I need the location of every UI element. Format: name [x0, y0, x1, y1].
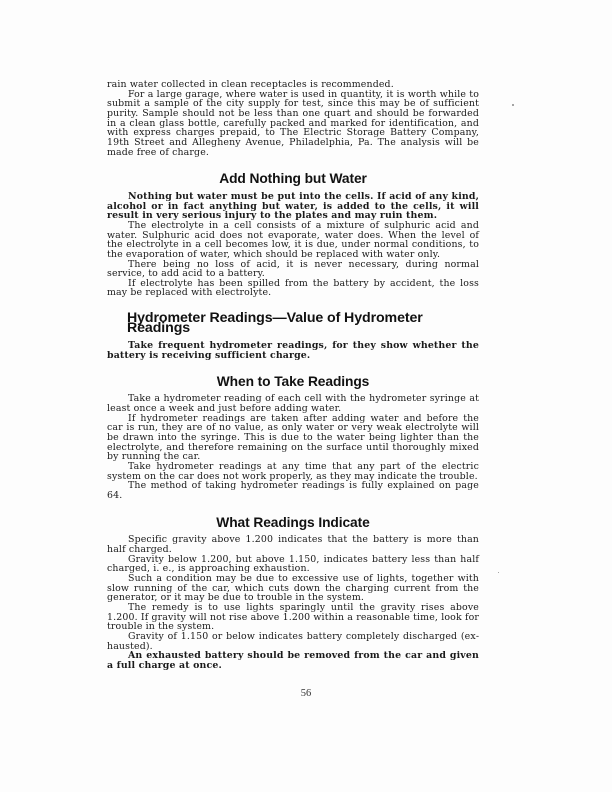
emphasis-paragraph: An exhausted battery should be removed f…: [107, 651, 479, 670]
paragraph: The remedy is to use lights sparingly un…: [107, 603, 479, 632]
document-page: rain water collected in clean receptacle…: [107, 80, 479, 670]
section-heading-what-readings-indicate: What Readings Indicate: [107, 518, 479, 528]
paragraph: Such a condition may be due to excessive…: [107, 574, 479, 603]
paragraph: The method of taking hydrometer readings…: [107, 481, 479, 500]
section-heading-add-nothing-but-water: Add Nothing but Water: [107, 174, 479, 184]
paragraph: For a large garage, where water is used …: [107, 90, 479, 158]
paragraph: Take hydrometer readings at any time tha…: [107, 462, 479, 481]
page-number: 56: [0, 688, 612, 699]
section-heading-hydrometer-readings: Hydrometer Readings—Value of Hydrometer …: [107, 314, 479, 333]
emphasis-paragraph: Nothing but water must be put into the c…: [107, 192, 479, 221]
scan-speck: [498, 572, 499, 573]
section-body-hydrometer-readings: Take frequent hydrometer readings, for t…: [107, 341, 479, 360]
intro-block: rain water collected in clean receptacle…: [107, 80, 479, 157]
paragraph: The electrolyte in a cell consists of a …: [107, 221, 479, 260]
paragraph: Specific gravity above 1.200 indicates t…: [107, 535, 479, 554]
paragraph: If electrolyte has been spilled from the…: [107, 279, 479, 298]
paragraph: There being no loss of acid, it is never…: [107, 260, 479, 279]
section-heading-when-to-take-readings: When to Take Readings: [107, 377, 479, 387]
scan-speck: [512, 104, 514, 106]
section-body-add-nothing-but-water: Nothing but water must be put into the c…: [107, 192, 479, 298]
paragraph: If hydrometer readings are taken after a…: [107, 414, 479, 462]
paragraph: Gravity of 1.150 or below indicates batt…: [107, 632, 479, 651]
paragraph: Take a hydrometer reading of each cell w…: [107, 394, 479, 413]
paragraph: Gravity below 1.200, but above 1.150, in…: [107, 555, 479, 574]
emphasis-paragraph: Take frequent hydrometer readings, for t…: [107, 341, 479, 360]
section-body-when-to-take-readings: Take a hydrometer reading of each cell w…: [107, 394, 479, 500]
section-body-what-readings-indicate: Specific gravity above 1.200 indicates t…: [107, 535, 479, 670]
